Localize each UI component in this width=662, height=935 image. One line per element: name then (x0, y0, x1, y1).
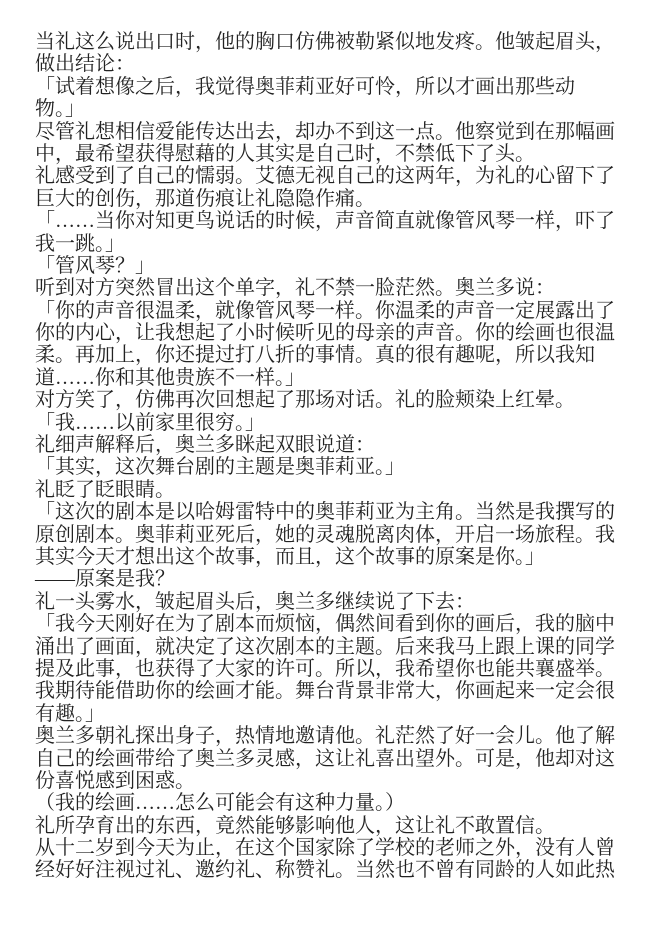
text-line: 「试着想像之后，我觉得奥菲莉亚好可怜，所以才画出那些动 (35, 76, 643, 98)
text-line: 对方笑了，仿佛再次回想起了那场对话。礼的脸颊染上红晕。 (35, 389, 643, 411)
text-line: 其实今天才想出这个故事，而且，这个故事的原案是你。」 (35, 546, 643, 568)
text-line: 中，最希望获得慰藉的人其实是自己时，不禁低下了头。 (35, 143, 643, 165)
text-line: 原创剧本。奥菲莉亚死后，她的灵魂脱离肉体，开启一场旅程。我 (35, 524, 643, 546)
text-line: 礼所孕育出的东西，竟然能够影响他人，这让礼不敢置信。 (35, 815, 643, 837)
text-line: 奥兰多朝礼探出身子，热情地邀请他。礼茫然了好一会儿。他了解 (35, 725, 643, 747)
novel-page: 当礼这么说出口时，他的胸口仿佛被勒紧似地发疼。他皱起眉头，做出结论：「试着想像之… (0, 0, 662, 935)
text-line: 提及此事，也获得了大家的许可。所以，我希望你也能共襄盛举。 (35, 658, 643, 680)
text-line: 礼眨了眨眼睛。 (35, 479, 643, 501)
text-line: 「这次的剧本是以哈姆雷特中的奥菲莉亚为主角。当然是我撰写的 (35, 501, 643, 523)
text-line: 我一跳。」 (35, 233, 643, 255)
text-line: 「你的声音很温柔，就像管风琴一样。你温柔的声音一定展露出了 (35, 300, 643, 322)
text-line: 从十二岁到今天为止，在这个国家除了学校的老师之外，没有人曾 (35, 837, 643, 859)
text-line: 巨大的创伤，那道伤痕让礼隐隐作痛。 (35, 188, 643, 210)
text-line: 尽管礼想相信爱能传达出去，却办不到这一点。他察觉到在那幅画 (35, 121, 643, 143)
text-line: 涌出了画面，就决定了这次剧本的主题。后来我马上跟上课的同学 (35, 636, 643, 658)
text-line: ——原案是我？ (35, 568, 643, 590)
text-line: 你的内心，让我想起了小时候听见的母亲的声音。你的绘画也很温 (35, 322, 643, 344)
text-line: 「管风琴？」 (35, 255, 643, 277)
text-line: 礼细声解释后，奥兰多眯起双眼说道： (35, 434, 643, 456)
text-line: 经好好注视过礼、邀约礼、称赞礼。当然也不曾有同龄的人如此热 (35, 859, 643, 881)
text-line: 柔。再加上，你还提过打八折的事情。真的很有趣呢，所以我知 (35, 344, 643, 366)
text-line: 我期待能借助你的绘画才能。舞台背景非常大，你画起来一定会很 (35, 680, 643, 702)
text-line: 礼一头雾水，皱起眉头后，奥兰多继续说了下去： (35, 591, 643, 613)
text-line: 份喜悦感到困惑。 (35, 770, 643, 792)
text-line: 当礼这么说出口时，他的胸口仿佛被勒紧似地发疼。他皱起眉头， (35, 31, 643, 53)
text-line: 「我……以前家里很穷。」 (35, 412, 643, 434)
text-block: 当礼这么说出口时，他的胸口仿佛被勒紧似地发疼。他皱起眉头，做出结论：「试着想像之… (35, 31, 643, 882)
text-line: 有趣。」 (35, 703, 643, 725)
text-line: 道……你和其他贵族不一样。」 (35, 367, 643, 389)
text-line: 自己的绘画带给了奥兰多灵感，这让礼喜出望外。可是，他却对这 (35, 748, 643, 770)
text-line: 「……当你对知更鸟说话的时候，声音简直就像管风琴一样，吓了 (35, 210, 643, 232)
text-line: 做出结论： (35, 53, 643, 75)
text-line: 听到对方突然冒出这个单字，礼不禁一脸茫然。奥兰多说： (35, 277, 643, 299)
text-line: 「其实，这次舞台剧的主题是奥菲莉亚。」 (35, 456, 643, 478)
text-line: 「我今天刚好在为了剧本而烦恼，偶然间看到你的画后，我的脑中 (35, 613, 643, 635)
text-line: （我的绘画……怎么可能会有这种力量。） (35, 792, 643, 814)
text-line: 物。」 (35, 98, 643, 120)
text-line: 礼感受到了自己的懦弱。艾德无视自己的这两年，为礼的心留下了 (35, 165, 643, 187)
